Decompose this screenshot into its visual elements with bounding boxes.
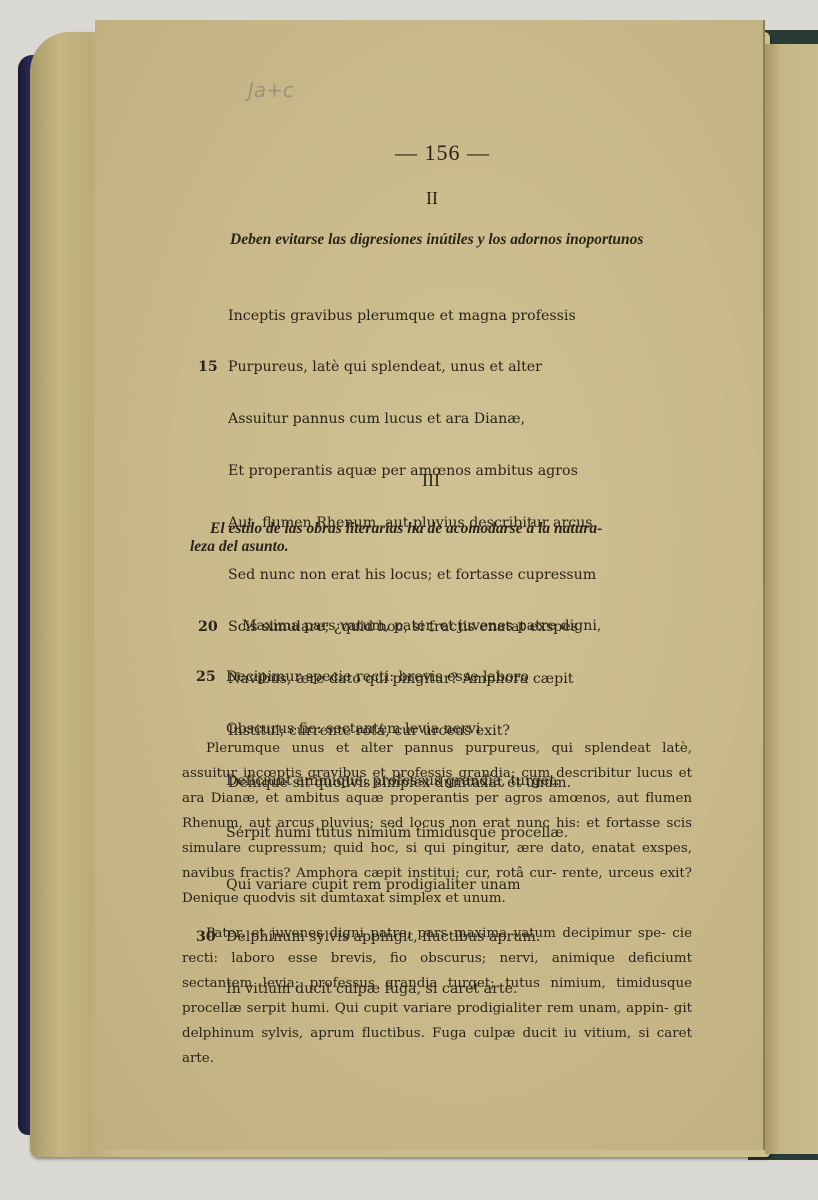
section-ii-heading: Deben evitarse las digresiones inútiles …	[230, 231, 643, 249]
pencil-annotation: Ja+c	[248, 78, 294, 102]
section-iii-heading: El estilo de las obras literarias ha de …	[210, 520, 710, 556]
prose-paragraph: Plerumque unus et alter pannus purpureus…	[182, 736, 692, 911]
section-numeral-iii: III	[422, 470, 440, 491]
prose-paragraph: Pater, et juvenes digni patre, pars maxi…	[182, 921, 692, 1071]
section-iii-heading-line2: leza del asunto.	[190, 538, 710, 556]
page-number: — 156 —	[395, 140, 490, 166]
verse-line: Et properantis aquæ per amœnos ambitus a…	[228, 463, 597, 480]
section-iii-heading-line1: El estilo de las obras literarias ha de …	[210, 520, 710, 538]
verse-line: 25Decipimur specie recti: brevis esse la…	[226, 669, 585, 686]
verse-line: Assuitur pannus cum lucus et ara Dianæ,	[228, 411, 597, 428]
facing-page	[765, 44, 818, 1154]
verse-line: Sed nunc non erat his locus; et fortasse…	[228, 567, 597, 584]
prose-translation: Plerumque unus et alter pannus purpureus…	[182, 736, 692, 1071]
verse-line: 15Purpureus, latè qui splendeat, unus et…	[228, 359, 597, 376]
verse-line: Maxima pars vatum, pater, et juvenes pat…	[242, 618, 601, 635]
section-numeral-ii: II	[426, 188, 438, 209]
verse-line: Inceptis gravibus plerumque et magna pro…	[228, 308, 597, 325]
